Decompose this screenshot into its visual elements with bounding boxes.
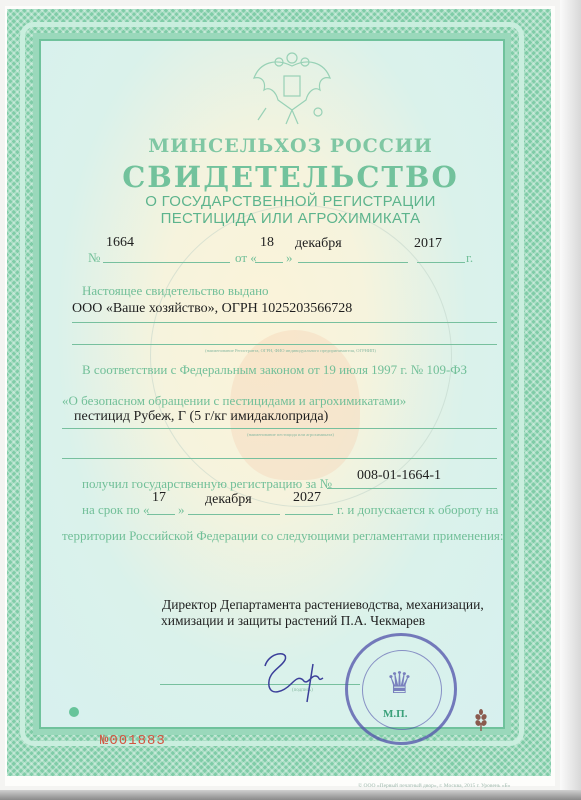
term-day-underline — [147, 514, 175, 515]
signature-mark — [255, 646, 335, 706]
stamp-mark: М.П. — [383, 708, 407, 720]
term-year: 2027 — [293, 490, 321, 506]
registration-number: 008-01-1664-1 — [357, 468, 441, 484]
term-month-underline — [188, 514, 280, 515]
term-day: 17 — [152, 490, 166, 506]
official-stamp: ♛ М.П. — [345, 633, 457, 745]
from-label: от « — [235, 250, 257, 266]
issued-to-value: ООО «Ваше хозяйство», ОГРН 1025203566728 — [72, 301, 352, 317]
subtitle-line-2: ПЕСТИЦИДА ИЛИ АГРОХИМИКАТА — [0, 210, 581, 227]
law-reference: В соответствии с Федеральным законом от … — [82, 362, 467, 378]
number-label: № — [88, 250, 100, 266]
issued-to-caption: (наименование Регистранта, ОГРН, ФИО инд… — [0, 348, 581, 353]
scanner-edge-right — [560, 0, 581, 800]
signatory-name: химизации и защиты растений П.А. Чекмаре… — [161, 613, 425, 629]
product-underline — [62, 428, 497, 429]
year-suffix: г. — [466, 250, 473, 266]
issue-month: декабря — [295, 236, 342, 252]
certificate-title: СВИДЕТЕЛЬСТВО — [0, 160, 581, 194]
signatory-title: Директор Департамента растениеводства, м… — [162, 597, 484, 613]
scanner-edge-bottom — [0, 790, 581, 800]
issued-to-label: Настоящее свидетельство выдано — [82, 283, 269, 299]
territory-line: территории Российской Федерации со следу… — [62, 528, 504, 544]
product-caption: (наименование пестицида или агрохимиката… — [0, 432, 581, 437]
printer-note: © ООО «Первый печатный двор», г. Москва,… — [358, 783, 510, 789]
green-dot-mark — [69, 707, 79, 717]
term-month: декабря — [205, 492, 252, 508]
day-underline — [255, 262, 283, 263]
registration-underline — [327, 488, 497, 489]
month-underline — [298, 262, 408, 263]
law-title: «О безопасном обращении с пестицидами и … — [62, 393, 406, 409]
issue-day: 18 — [260, 235, 274, 251]
serial-number: №001883 — [100, 733, 166, 749]
stamp-eagle-icon: ♛ — [386, 666, 413, 701]
year-underline — [417, 262, 465, 263]
subtitle-line-1: О ГОСУДАРСТВЕННОЙ РЕГИСТРАЦИИ — [0, 193, 581, 210]
ministry-heading: МИНСЕЛЬХОЗ РОССИИ — [0, 135, 581, 157]
issued-to-underline-2 — [72, 344, 497, 345]
close-quote: » — [286, 250, 293, 266]
certificate-number: 1664 — [106, 235, 134, 251]
term-suffix: г. и допускается к обороту на — [337, 502, 498, 518]
wheat-icon — [474, 709, 488, 731]
term-year-underline — [285, 514, 333, 515]
number-underline — [103, 262, 230, 263]
coat-of-arms-icon — [246, 48, 338, 128]
issue-year: 2017 — [414, 236, 442, 252]
issued-to-underline-1 — [72, 322, 497, 323]
term-label: на срок по « — [82, 502, 150, 518]
term-close-quote: » — [178, 502, 185, 518]
product-name: пестицид Рубеж, Г (5 г/кг имидаклоприда) — [74, 409, 328, 425]
product-underline-2 — [62, 458, 497, 459]
